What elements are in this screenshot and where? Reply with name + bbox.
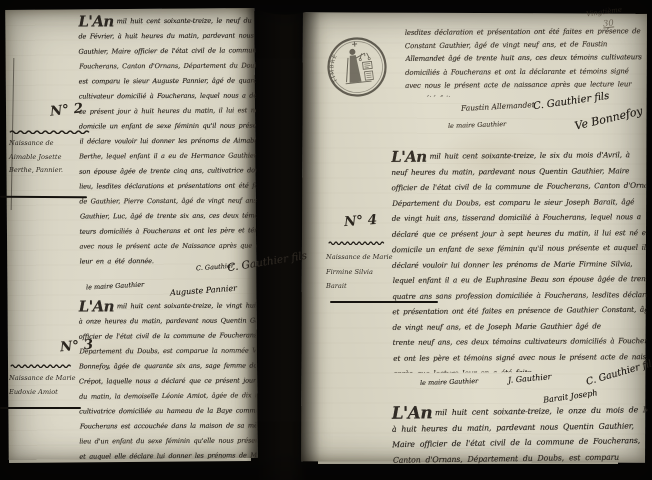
text-line-start: mil huit cent soixante-treize, le vingt … (117, 301, 257, 310)
margin-act-number-4: N° 4 (343, 212, 377, 230)
text-line: L'Anmil huit cent soixante-treize, le vi… (79, 299, 256, 315)
text-line: de Gauthier, Pierre Constant, âgé de vin… (79, 194, 256, 210)
text-line: lieu d'un enfant du sexe féminin qu'elle… (79, 434, 256, 450)
text-line: Aimable Josette (9, 151, 63, 165)
text-line: il déclare vouloir lui donner les prénom… (80, 134, 257, 150)
text-line: Département du Doubs, est comparu le sie… (392, 194, 646, 211)
timbre-revenue-stamp-icon: TIMBRE (322, 32, 392, 102)
text-line: ce présent jour à huit heures du matin, … (79, 103, 256, 119)
margin-separator (0, 407, 81, 409)
margin-flourish (10, 363, 73, 368)
text-line: et auquel elle déclare lui donner les pr… (79, 448, 256, 461)
book-photo: N° 2 Naissance deAimable JosetteBerthe, … (0, 0, 652, 480)
text-line-start: mil huit cent soixante-treize, le neuf d… (117, 16, 257, 25)
text-line: de vingt neuf ans, et de Joseph Marie Ga… (392, 318, 646, 335)
margin-note-act-2: Naissance deAimable JosetteBerthe, Panni… (9, 137, 63, 178)
text-line: Naissance de Marie (9, 372, 76, 386)
act-3-continuation-text: lesdites déclaration et présentation ont… (405, 25, 647, 97)
act-opener: L'An (391, 148, 426, 166)
act-opener: L'An (79, 299, 114, 316)
act-5-text: L'Anmil huit cent soixante-treize, le on… (392, 402, 649, 466)
act-4-lines: neuf heures du matin, pardevant nous Que… (391, 163, 646, 373)
text-line: Bonnefoy, âgée de quarante six ans, sage… (79, 359, 256, 375)
act-3-lines: à onze heures du matin, pardevant nous Q… (79, 314, 257, 462)
text-line: son épouse âgée de trente cinq ans, cult… (79, 163, 256, 179)
text-line: du matin, la demoiselle Léonie Amiot, âg… (79, 388, 256, 404)
text-line: Gauthier, Maire officier de l'état civil… (78, 43, 255, 59)
act-opener: L'An (78, 14, 113, 31)
text-line: domicile un enfant de sexe féminin qu'il… (79, 119, 256, 135)
text-line: Foucherans, Canton d'Ornans, Département… (79, 59, 256, 75)
text-line-start: mil huit cent soixante-treize, le six du… (430, 150, 630, 160)
text-line: à onze heures du matin, pardevant nous Q… (79, 314, 256, 330)
text-line: Naissance de (9, 137, 63, 151)
text-line: de Février, à huit heures du matin, pard… (78, 29, 255, 45)
book-gutter (246, 0, 320, 480)
text-line: Crépot, laquelle nous a déclaré que ce p… (79, 374, 256, 390)
text-line: domicile un enfant de sexe féminin qu'il… (392, 240, 646, 258)
text-line: avec nous le présent acte de Naissance a… (80, 239, 257, 255)
act-4-text: L'Anmil huit cent soixante-treize, le si… (391, 147, 647, 373)
text-line: est comparu le sieur Auguste Pannier, âg… (79, 74, 256, 90)
text-line: lieu, lesdites déclarations et présentat… (79, 179, 256, 195)
text-line: cultivateur domicilié à Foucherans, lequ… (79, 89, 256, 105)
margin-note-act-4: Naissance de MarieFirmine SilviaBarait (326, 250, 393, 294)
text-line: trente neuf ans, ces deux témoins cultiv… (393, 333, 647, 350)
text-line: officier de l'état civil de la commune d… (79, 328, 256, 344)
act-2-text: L'Anmil huit cent soixante-treize, le ne… (78, 14, 256, 273)
margin-note-act-3: Naissance de MarieEudoxie Amiot (9, 372, 76, 399)
text-line: Gauthier, Luc, âgé de trente six ans, ce… (80, 209, 257, 225)
text-line: Foucherans est accouchée dans la maison … (80, 419, 257, 435)
text-line-start: mil huit cent soixante-treize, le onze d… (435, 405, 648, 417)
text-line: Eudoxie Amiot (9, 386, 76, 400)
text-line: Firmine Silvia (326, 265, 393, 280)
margin-flourish (328, 240, 386, 245)
text-line: L'Anmil huit cent soixante-treize, le si… (391, 147, 645, 164)
act-2-lines: de Février, à huit heures du matin, pard… (78, 29, 256, 270)
text-line: et présentation ont été faites en présen… (392, 302, 646, 320)
text-line: Berthe, Pannier. (9, 164, 63, 178)
act-5-lines: à huit heures du matin, pardevant nous Q… (392, 418, 649, 466)
act-3-text: L'Anmil huit cent soixante-treize, le vi… (79, 299, 257, 462)
text-line: Naissance de Marie (326, 250, 393, 265)
text-line: teurs domiciliés à Foucherans et ont les… (79, 223, 256, 239)
text-line: L'Anmil huit cent soixante-treize, le ne… (78, 14, 255, 30)
text-line: Barait (326, 279, 393, 294)
text-line: lequel enfant il a eu de Euphrasine Beau… (393, 271, 647, 288)
text-line: de vingt huit ans, tisserand domicilié à… (392, 209, 646, 226)
text-line: Allemandet âgé de trente huit ans, ces d… (406, 52, 648, 67)
text-line: cultivatrice domiciliée au hameau de la … (79, 404, 256, 420)
text-line: Berthe, lequel enfant il a eu de Hermanc… (79, 149, 256, 165)
text-line: déclaré vouloir lui donner les prénoms d… (392, 256, 646, 273)
text-line: Département du Doubs, est comparue la no… (79, 344, 256, 360)
